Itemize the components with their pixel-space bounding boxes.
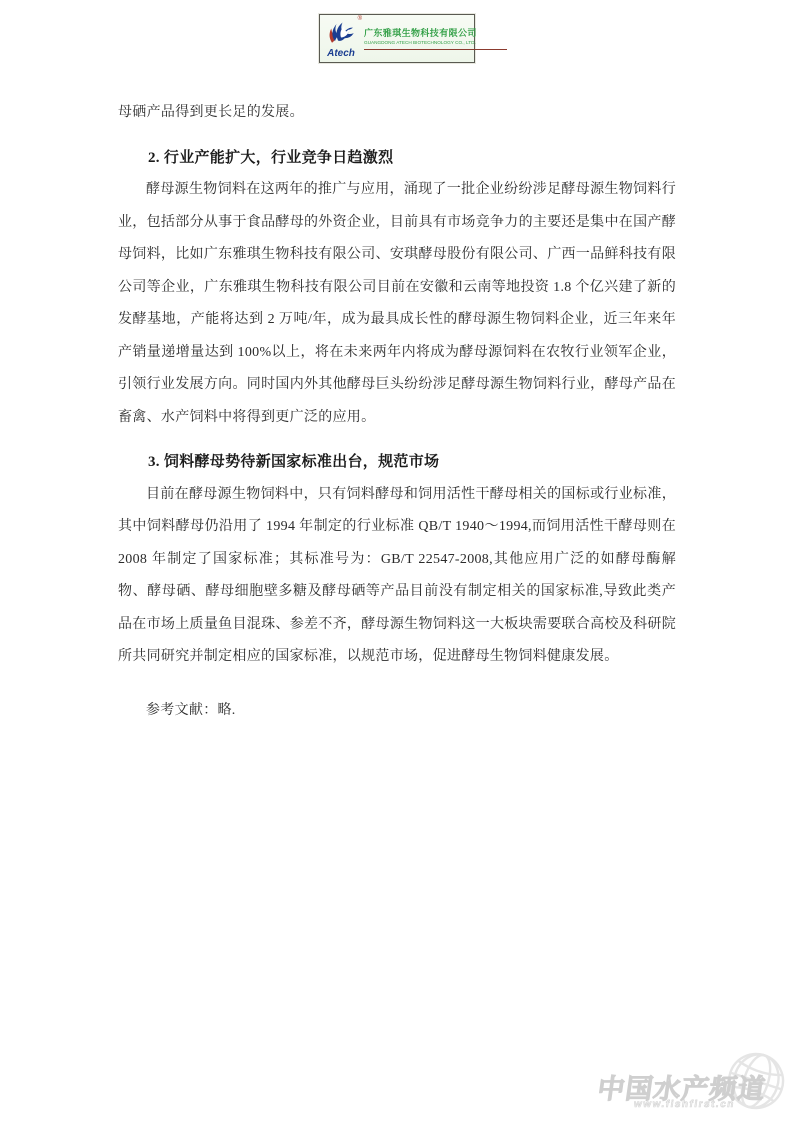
references-line: 参考文献：略. bbox=[118, 695, 676, 728]
paragraph-continuation: 母硒产品得到更长足的发展。 bbox=[118, 97, 676, 130]
page-header: ® Atech 广东雅琪生物科技有限公司 GUANGDONG ATECH BIO… bbox=[0, 0, 794, 63]
section-2-heading: 2. 行业产能扩大，行业竞争日趋激烈 bbox=[118, 142, 676, 175]
company-name-english: GUANGDONG ATECH BIOTECHNOLOGY CO., LTD. bbox=[364, 41, 476, 47]
watermark: 中国水产频道 www.fishfirst.cn bbox=[598, 1055, 788, 1117]
registered-trademark-icon: ® bbox=[358, 16, 362, 22]
logo-company-names: 广东雅琪生物科技有限公司 GUANGDONG ATECH BIOTECHNOLO… bbox=[364, 27, 507, 51]
atech-bird-icon bbox=[326, 18, 356, 48]
document-body: 母硒产品得到更长足的发展。 2. 行业产能扩大，行业竞争日趋激烈 酵母源生物饲料… bbox=[0, 97, 794, 727]
globe-icon bbox=[724, 1049, 788, 1113]
logo-brand-text: Atech bbox=[323, 49, 359, 59]
section-3-heading: 3. 饲料酵母势待新国家标准出台，规范市场 bbox=[118, 446, 676, 479]
watermark-url: www.fishfirst.cn bbox=[633, 1099, 735, 1110]
company-logo: ® Atech 广东雅琪生物科技有限公司 GUANGDONG ATECH BIO… bbox=[319, 14, 475, 63]
watermark-title: 中国水产频道 bbox=[595, 1067, 768, 1106]
section-2-paragraph: 酵母源生物饲料在这两年的推广与应用，涌现了一批企业纷纷涉足酵母源生物饲料行业，包… bbox=[118, 174, 676, 434]
company-name-chinese: 广东雅琪生物科技有限公司 bbox=[364, 27, 507, 41]
document-page: ® Atech 广东雅琪生物科技有限公司 GUANGDONG ATECH BIO… bbox=[0, 0, 794, 1123]
logo-mark: ® Atech bbox=[323, 18, 359, 59]
section-3-paragraph: 目前在酵母源生物饲料中，只有饲料酵母和饲用活性干酵母相关的国标或行业标准，其中饲… bbox=[118, 479, 676, 674]
